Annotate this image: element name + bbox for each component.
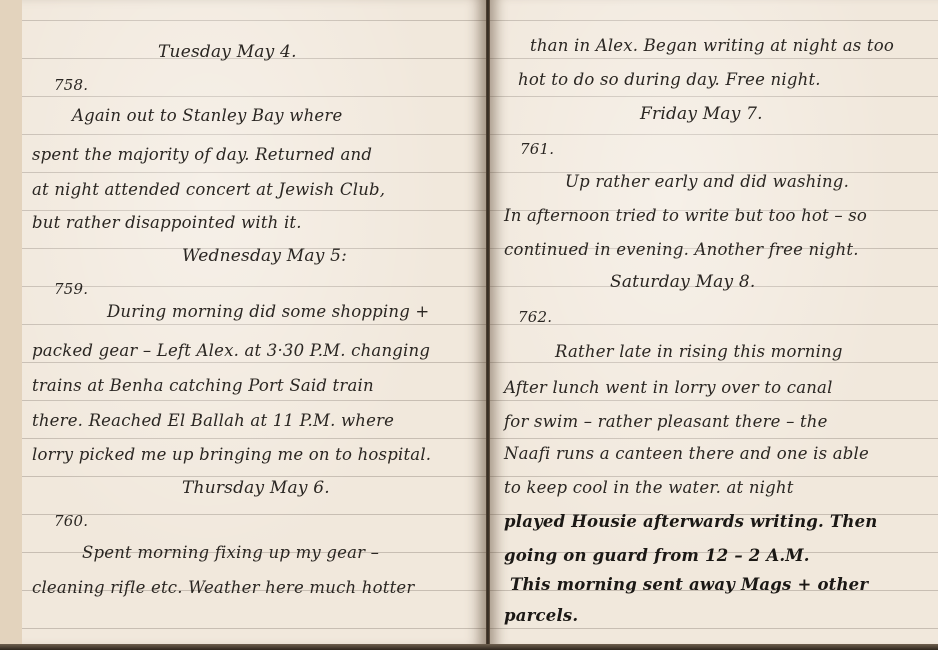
entry-text-line: parcels. — [504, 606, 578, 625]
entry-number: 759. — [54, 280, 88, 298]
entry-text-line: Again out to Stanley Bay where — [72, 106, 342, 125]
date-heading: Friday May 7. — [640, 104, 763, 124]
entry-number: 761. — [520, 140, 554, 158]
entry-text-line: Spent morning fixing up my gear – — [82, 543, 379, 562]
open-diary: Tuesday May 4. 758. Again out to Stanley… — [0, 0, 938, 646]
entry-text-line: but rather disappointed with it. — [32, 213, 302, 232]
right-page: than in Alex. Began writing at night as … — [490, 0, 938, 646]
entry-text-line: continued in evening. Another free night… — [504, 240, 859, 259]
entry-text-line: In afternoon tried to write but too hot … — [504, 206, 867, 225]
date-heading: Saturday May 8. — [610, 272, 755, 292]
entry-text-line: During morning did some shopping + — [107, 302, 429, 321]
entry-text-line: going on guard from 12 – 2 A.M. — [504, 546, 810, 565]
date-heading: Thursday May 6. — [182, 478, 330, 498]
entry-text-line: played Housie afterwards writing. Then — [504, 512, 877, 531]
entry-text-line: This morning sent away Mags + other — [510, 575, 868, 594]
entry-text-line: cleaning rifle etc. Weather here much ho… — [32, 578, 414, 597]
date-heading: Wednesday May 5: — [182, 246, 347, 266]
left-page: Tuesday May 4. 758. Again out to Stanley… — [0, 0, 486, 646]
entry-number: 758. — [54, 76, 88, 94]
entry-text-line: lorry picked me up bringing me on to hos… — [32, 445, 431, 464]
entry-number: 762. — [518, 308, 552, 326]
entry-text-line: Rather late in rising this morning — [555, 342, 843, 361]
entry-text-line: Naafi runs a canteen there and one is ab… — [504, 444, 869, 463]
entry-text-line: After lunch went in lorry over to canal — [504, 378, 833, 397]
book-bottom-edge — [0, 644, 938, 650]
entry-text-line: than in Alex. Began writing at night as … — [530, 36, 894, 55]
entry-text-line: for swim – rather pleasant there – the — [504, 412, 828, 431]
date-heading: Tuesday May 4. — [158, 42, 297, 62]
entry-text-line: Up rather early and did washing. — [565, 172, 849, 191]
entry-text-line: packed gear – Left Alex. at 3·30 P.M. ch… — [32, 341, 430, 360]
entry-text-line: at night attended concert at Jewish Club… — [32, 180, 385, 199]
entry-text-line: trains at Benha catching Port Said train — [32, 376, 374, 395]
entry-number: 760. — [54, 512, 88, 530]
entry-text-line: there. Reached El Ballah at 11 P.M. wher… — [32, 411, 394, 430]
entry-text-line: to keep cool in the water. at night — [504, 478, 794, 497]
entry-text-line: spent the majority of day. Returned and — [32, 145, 372, 164]
entry-text-line: hot to do so during day. Free night. — [518, 70, 821, 89]
